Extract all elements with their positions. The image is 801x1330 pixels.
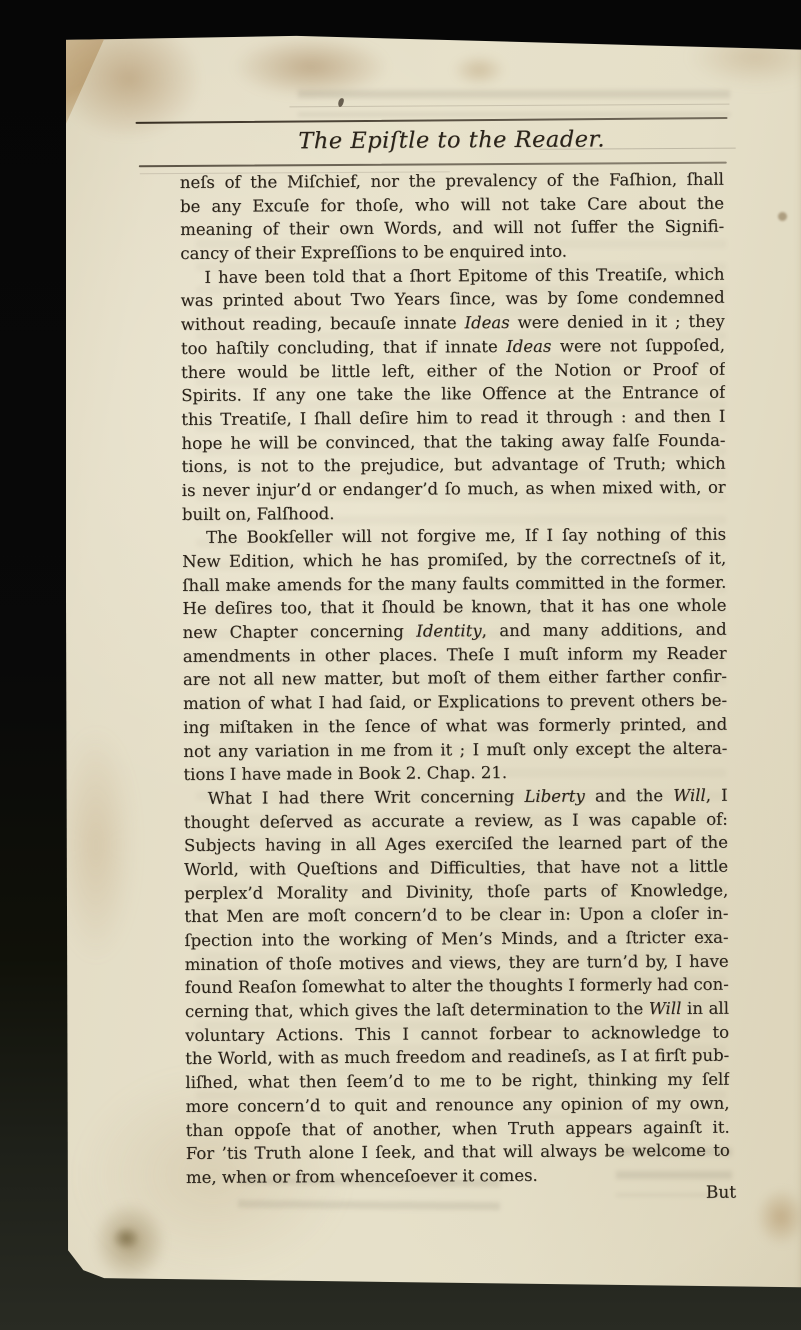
- printed-content: The Epiſtle to the Reader. neſs of the M…: [0, 0, 801, 1330]
- text-run: liſhed, what then ſeem’d to me to be rig…: [185, 1070, 729, 1092]
- text-run: cancy of their Expreſſions to be enquire…: [180, 242, 567, 263]
- text-line: without reading, becauſe innate Ideas we…: [181, 310, 725, 337]
- text-run: mination of thoſe motives and views, the…: [185, 951, 729, 973]
- text-line: built on, Falſhood.: [182, 499, 726, 526]
- text-run: not any variation in me from it ; I muſt…: [183, 738, 727, 760]
- text-line: tions, is not to the prejudice, but adva…: [182, 452, 726, 479]
- text-run: For ’tis Truth alone I ſeek, and that wi…: [186, 1141, 730, 1163]
- text-line: new Chapter concerning Identity, and man…: [183, 618, 727, 645]
- text-run: than oppoſe that of another, when Truth …: [186, 1117, 730, 1139]
- text-run: ing miſtaken in the ſence of what was fo…: [183, 714, 727, 736]
- text-line: perplex’d Morality and Divinity, thoſe p…: [184, 878, 728, 905]
- page-title: The Epiſtle to the Reader.: [180, 124, 724, 157]
- text-line: Spirits. If any one take the like Offenc…: [181, 381, 725, 408]
- text-line: mation of what I had ſaid, or Explicatio…: [183, 689, 727, 716]
- italic-term: Ideas: [506, 337, 551, 356]
- text-line: be any Excuſe for thoſe, who will not ta…: [180, 191, 724, 218]
- text-line: this Treatiſe, I ſhall deſire him to rea…: [181, 405, 725, 432]
- text-run: Subjects having in all Ages exerciſed th…: [184, 833, 728, 855]
- header-rule-bottom: [139, 162, 727, 168]
- text-line: ing miſtaken in the ſence of what was fo…: [183, 712, 727, 739]
- text-run: , and many additions, and: [482, 620, 727, 640]
- text-run: this Treatiſe, I ſhall deſire him to rea…: [181, 407, 725, 429]
- text-run: found Reaſon ſomewhat to alter the thoug…: [185, 975, 729, 997]
- text-run: voluntary Actions. This I cannot forbear…: [185, 1022, 729, 1044]
- text-line: cancy of their Expreſſions to be enquire…: [180, 239, 724, 266]
- text-line: The Bookſeller will not forgive me, If I…: [182, 523, 726, 550]
- text-run: What I had there Writ concerning: [208, 787, 525, 808]
- text-run: He deſires too, that it ſhould be known,…: [182, 596, 726, 618]
- text-run: without reading, becauſe innate: [181, 313, 465, 334]
- text-run: ſhall make amends for the many faults co…: [182, 572, 726, 594]
- text-line: ſpection into the working of Men’s Minds…: [184, 926, 728, 953]
- text-run: tions, is not to the prejudice, but adva…: [182, 454, 726, 476]
- scanned-book-photo: The Epiſtle to the Reader. neſs of the M…: [0, 0, 801, 1330]
- text-line: For ’tis Truth alone I ſeek, and that wi…: [186, 1139, 730, 1166]
- text-line: amendments in other places. Theſe I muſt…: [183, 641, 727, 668]
- text-line: What I had there Writ concerning Liberty…: [184, 784, 728, 811]
- text-run: in all: [681, 999, 729, 1018]
- text-run: Spirits. If any one take the like Offenc…: [181, 383, 725, 405]
- text-run: perplex’d Morality and Divinity, thoſe p…: [184, 880, 728, 902]
- text-run: cerning that, which gives the laſt deter…: [185, 999, 649, 1021]
- text-run: , I: [706, 786, 728, 805]
- text-run: amendments in other places. Theſe I muſt…: [183, 643, 727, 665]
- italic-term: Will: [673, 786, 706, 805]
- book-page: The Epiſtle to the Reader. neſs of the M…: [0, 0, 801, 1330]
- text-line: liſhed, what then ſeem’d to me to be rig…: [185, 1068, 729, 1095]
- italic-term: Will: [649, 999, 682, 1018]
- text-run: ſpection into the working of Men’s Minds…: [184, 928, 728, 950]
- text-run: the World, with as much freedom and read…: [185, 1046, 729, 1068]
- text-line: thought deſerved as accurate a review, a…: [184, 807, 728, 834]
- text-line: voluntary Actions. This I cannot forbear…: [185, 1020, 729, 1047]
- text-run: are not all new matter, but moſt of them…: [183, 667, 727, 689]
- text-run: meaning of their own Words, and will not…: [180, 217, 724, 239]
- text-run: more concern’d to quit and renounce any …: [185, 1093, 729, 1115]
- text-line: cerning that, which gives the laſt deter…: [185, 997, 729, 1024]
- text-run: New Edition, which he has promiſed, by t…: [182, 549, 726, 571]
- text-line: neſs of the Miſchief, nor the prevalency…: [180, 168, 724, 195]
- text-run: The Bookſeller will not forgive me, If I…: [206, 525, 726, 547]
- body-text: neſs of the Miſchief, nor the prevalency…: [180, 168, 730, 1190]
- text-run: neſs of the Miſchief, nor the prevalency…: [180, 170, 724, 192]
- text-run: I have been told that a ſhort Epitome of…: [204, 264, 724, 286]
- text-line: are not all new matter, but moſt of them…: [183, 665, 727, 692]
- text-line: is never injur’d or endanger’d ſo much, …: [182, 476, 726, 503]
- text-line: New Edition, which he has promiſed, by t…: [182, 547, 726, 574]
- ghost-rule: [289, 104, 729, 108]
- text-run: that Men are moſt concern’d to be clear …: [184, 904, 728, 926]
- text-run: tions I have made in Book 2. Chap. 21.: [183, 763, 507, 784]
- catchword: But: [186, 1183, 736, 1206]
- text-line: I have been told that a ſhort Epitome of…: [180, 262, 724, 289]
- text-run: were denied in it ; they: [510, 312, 725, 332]
- text-line: found Reaſon ſomewhat to alter the thoug…: [185, 973, 729, 1000]
- text-run: was printed about Two Years ſince, was b…: [181, 288, 725, 310]
- text-run: World, with Queſtions and Difficulties, …: [184, 857, 728, 879]
- header-rule-top: [136, 117, 728, 124]
- italic-term: Ideas: [464, 313, 509, 332]
- text-line: too haſtily concluding, that if innate I…: [181, 333, 725, 360]
- text-line: not any variation in me from it ; I muſt…: [183, 736, 727, 763]
- text-line: than oppoſe that of another, when Truth …: [186, 1115, 730, 1142]
- text-run: new Chapter concerning: [183, 622, 417, 642]
- text-run: too haſtily concluding, that if innate: [181, 337, 506, 358]
- text-line: more concern’d to quit and renounce any …: [185, 1091, 729, 1118]
- text-run: mation of what I had ſaid, or Explicatio…: [183, 691, 727, 713]
- text-line: there would be little left, either of th…: [181, 357, 725, 384]
- text-run: built on, Falſhood.: [182, 504, 335, 524]
- text-line: Subjects having in all Ages exerciſed th…: [184, 831, 728, 858]
- text-run: were not ſuppoſed,: [551, 335, 725, 355]
- text-run: is never injur’d or endanger’d ſo much, …: [182, 478, 726, 500]
- text-run: there would be little left, either of th…: [181, 359, 725, 381]
- text-line: the World, with as much freedom and read…: [185, 1044, 729, 1071]
- text-run: hope he will be convinced, that the taki…: [181, 430, 725, 452]
- text-line: that Men are moſt concern’d to be clear …: [184, 902, 728, 929]
- italic-term: Liberty: [524, 786, 585, 805]
- text-run: be any Excuſe for thoſe, who will not ta…: [180, 193, 724, 215]
- text-line: He deſires too, that it ſhould be known,…: [182, 594, 726, 621]
- italic-term: Identity: [416, 621, 481, 640]
- text-line: meaning of their own Words, and will not…: [180, 215, 724, 242]
- text-line: ſhall make amends for the many faults co…: [182, 570, 726, 597]
- text-line: World, with Queſtions and Difficulties, …: [184, 855, 728, 882]
- text-line: mination of thoſe motives and views, the…: [185, 949, 729, 976]
- text-line: was printed about Two Years ſince, was b…: [181, 286, 725, 313]
- text-run: and the: [585, 786, 674, 806]
- text-line: hope he will be convinced, that the taki…: [181, 428, 725, 455]
- text-line: tions I have made in Book 2. Chap. 21.: [183, 760, 727, 787]
